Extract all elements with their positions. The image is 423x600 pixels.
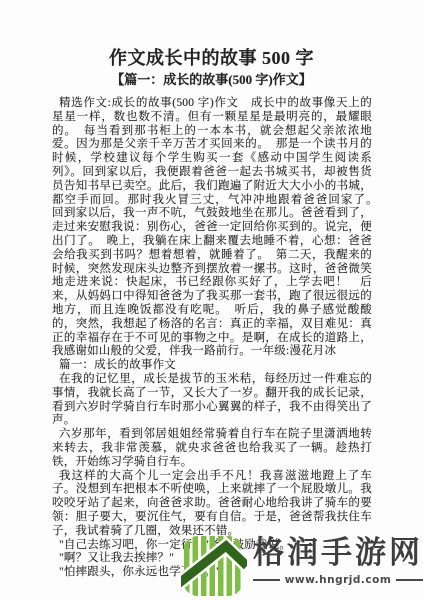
divider-line-left xyxy=(253,579,280,581)
paragraph: 在我的记忆里，成长是拔节的玉米秸，每经历过一件难忘的事情，我就长高了一节，又长大… xyxy=(52,373,372,428)
page-subtitle: 【篇一：成长的故事(500 字)作文】 xyxy=(0,69,423,88)
site-name: 格润手游网 xyxy=(253,535,423,571)
divider-line-right xyxy=(396,579,423,581)
paragraph: 我这样的大高个儿一定会出手不凡！我喜滋滋地蹬上了车子。没想到车把根本不听使唤，上… xyxy=(52,470,372,539)
site-url: www.hngrjd.com xyxy=(280,574,397,586)
paragraph-section-heading: 篇一：成长的故事作文 xyxy=(52,359,372,373)
paragraph: 六岁那年，看到邻居姐姐经常骑着自行车在院子里潇洒地转来转去，我非常羡慕，就央求爸… xyxy=(52,428,372,469)
site-url-row: www.hngrjd.com xyxy=(253,574,423,586)
paragraph-intro: 精选作文:成长的故事(500 字)作文 成长中的故事像天上的星星一样，数也数不清… xyxy=(52,97,372,359)
watermark-text-block: 格润手游网 www.hngrjd.com xyxy=(253,535,423,586)
site-logo-icon xyxy=(181,535,247,599)
document-body: 精选作文:成长的故事(500 字)作文 成长中的故事像天上的星星一样，数也数不清… xyxy=(52,97,372,580)
page-title: 作文成长中的故事 500 字 xyxy=(0,44,423,70)
site-watermark: 格润手游网 www.hngrjd.com xyxy=(181,535,423,599)
document-page: 作文成长中的故事 500 字 【篇一：成长的故事(500 字)作文】 精选作文:… xyxy=(0,0,423,600)
